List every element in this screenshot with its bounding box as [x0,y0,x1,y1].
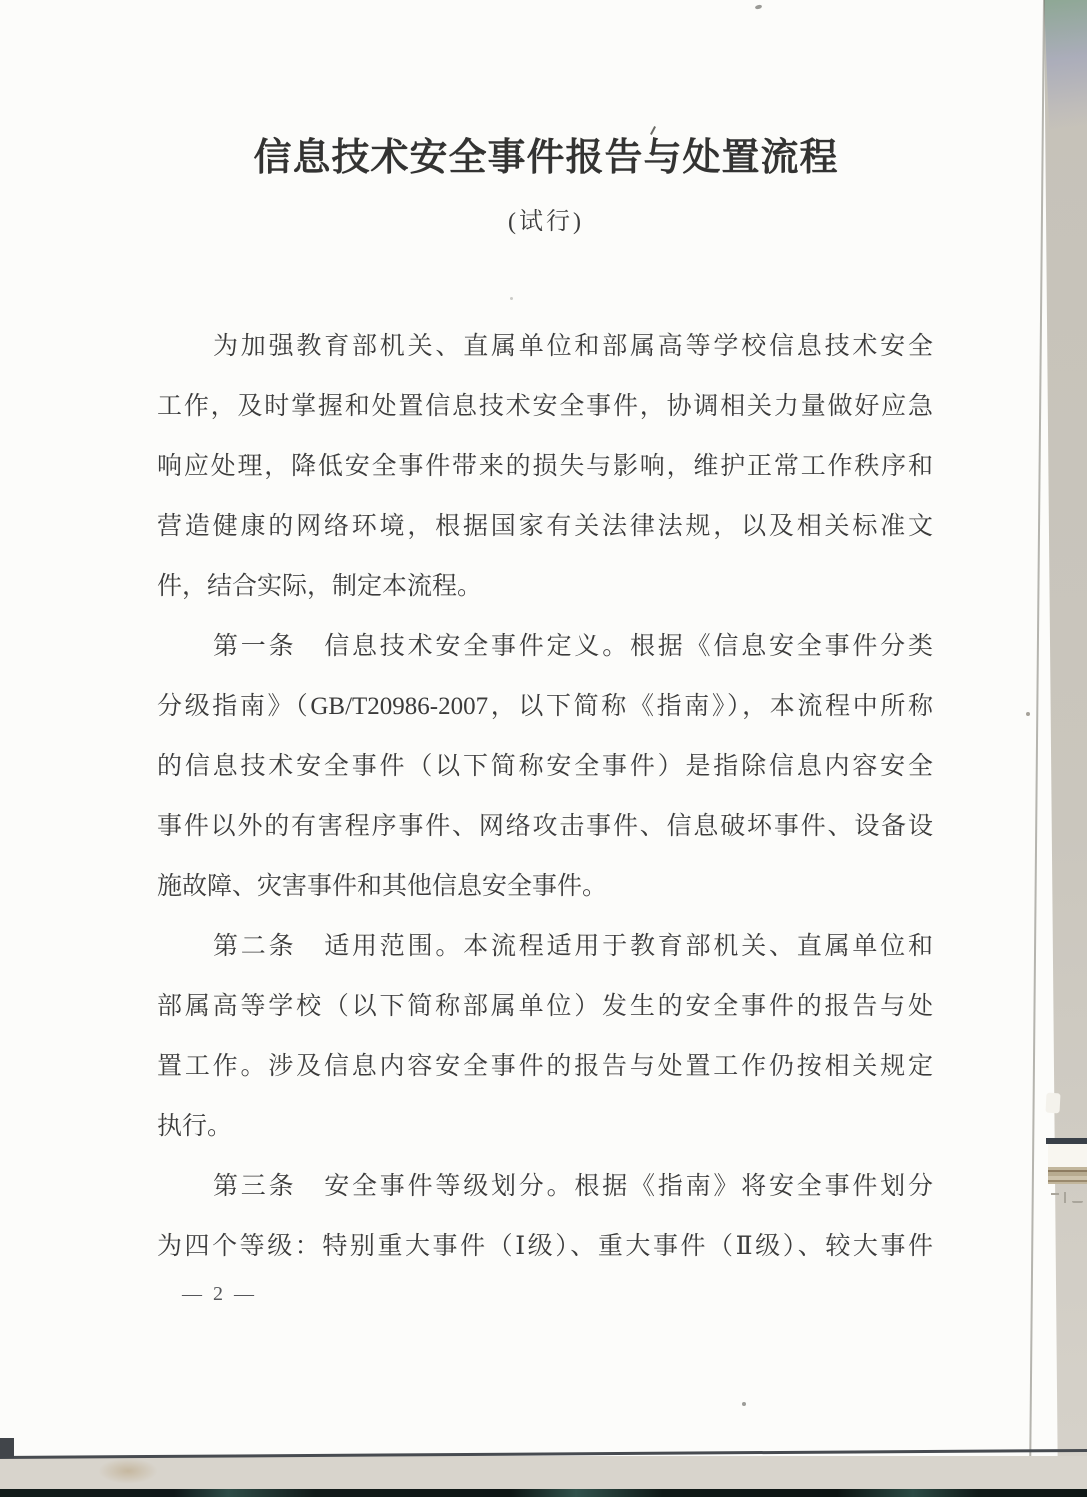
body-line: 第一条 信息技术安全事件定义。根据《信息安全事件分类 [157,617,933,677]
page-edge-notch [1045,1093,1060,1114]
page-subtitle: (试行) [156,201,936,236]
body-line: 施故障、灾害事件和其他信息安全事件。 [157,857,933,917]
scan-speck [510,297,513,300]
body-line: 响应处理，降低安全事件带来的损失与影响，维护正常工作秩序和 [157,437,933,497]
page-number: — 2 — [182,1283,257,1306]
body-line: 工作，及时掌握和处置信息技术安全事件，协调相关力量做好应急 [157,377,933,437]
body-line: 为加强教育部机关、直属单位和部属高等学校信息技术安全 [157,317,933,377]
scanner-background-strip [1038,0,1087,1497]
page-right-edge [1029,0,1045,1497]
scan-artifact-tan-streaks [1048,1167,1087,1184]
scan-speck [1026,712,1030,716]
scanner-bottom-area [0,1456,1087,1489]
body-line: 置工作。涉及信息内容安全事件的报告与处置工作仍按相关规定 [157,1037,933,1097]
scan-artifact-white-band [1048,1144,1087,1167]
scan-artifact-corner-tab [0,1438,14,1458]
body-line: 执行。 [157,1097,933,1157]
body-line: 第三条 安全事件等级划分。根据《指南》将安全事件划分 [157,1157,933,1217]
body-line: 件，结合实际，制定本流程。 [157,557,933,617]
scan-smudge [98,1458,158,1484]
scanned-document-page: 信息技术安全事件报告与处置流程 (试行) 为加强教育部机关、直属单位和部属高等学… [0,0,1087,1497]
scan-artifact-mark [1051,1193,1059,1195]
document-body: 为加强教育部机关、直属单位和部属高等学校信息技术安全 工作，及时掌握和处置信息技… [157,317,933,1277]
body-line: 营造健康的网络环境，根据国家有关法律法规，以及相关标准文 [157,497,933,557]
scan-artifact-mark [1064,1192,1066,1203]
scan-artifact-mark [1072,1201,1083,1203]
body-line: 为四个等级：特别重大事件（Ⅰ级）、重大事件（Ⅱ级）、较大事件 [157,1217,933,1277]
scan-speck [755,4,763,10]
scanner-dark-band [0,1489,1087,1497]
body-line: 事件以外的有害程序事件、网络攻击事件、信息破坏事件、设备设 [157,797,933,857]
page-title: 信息技术安全事件报告与处置流程 [156,126,936,181]
body-line: 分级指南》（GB/T20986-2007，以下简称《指南》），本流程中所称 [157,677,933,737]
body-line: 的信息技术安全事件（以下简称安全事件）是指除信息内容安全 [157,737,933,797]
body-line: 部属高等学校（以下简称部属单位）发生的安全事件的报告与处 [157,977,933,1037]
scan-speck [742,1402,746,1406]
body-line: 第二条 适用范围。本流程适用于教育部机关、直属单位和 [157,917,933,977]
